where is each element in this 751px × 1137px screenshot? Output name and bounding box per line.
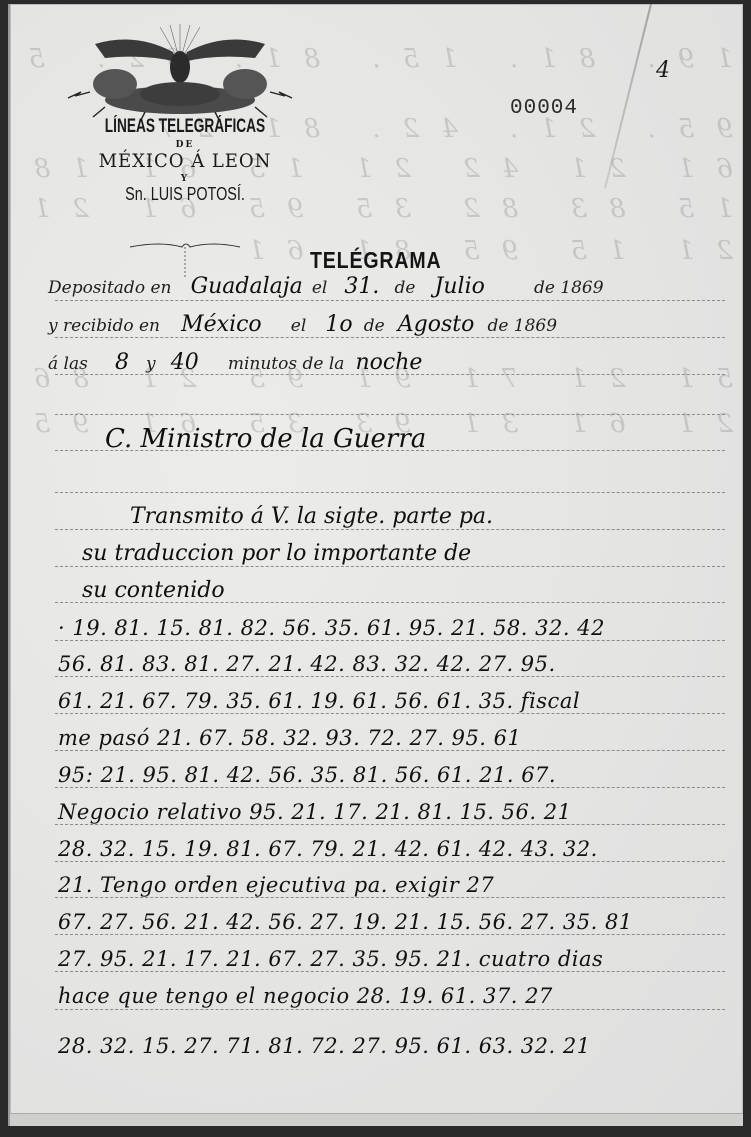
cipher-line: 28. 32. 15. 19. 81. 67. 79. 21. 42. 61. … [58, 837, 728, 861]
cipher-line: me pasó 21. 67. 58. 32. 93. 72. 27. 95. … [58, 726, 728, 750]
page-mark: 4 [656, 58, 670, 83]
label-received: y recibido en [48, 316, 160, 336]
cipher-line: 95: 21. 95. 81. 42. 56. 35. 81. 56. 61. … [58, 763, 728, 787]
receive-hour: 8 [115, 350, 129, 375]
document-title: TELÉGRAMA [310, 247, 441, 274]
ruled-line [55, 414, 725, 415]
label-minutes: minutos de la [228, 354, 345, 374]
letterhead: LÍNEAS TELEGRÁFICAS DE MÉXICO Á LEON Y S… [50, 116, 320, 205]
label-el: el [312, 278, 328, 298]
receive-month: Agosto [398, 312, 475, 337]
paper-crease [604, 4, 652, 189]
ruled-line [55, 566, 725, 567]
deposit-month: Julio [435, 274, 485, 299]
deposit-day: 31. [344, 274, 379, 299]
form-row-time: á las 8 y 40 minutos de la noche [48, 350, 422, 375]
letterhead-de: DE [50, 140, 320, 150]
form-row-deposited: Depositado en Guadalaja el 31. de Julio … [48, 274, 604, 299]
cipher-line: 56. 81. 83. 81. 27. 21. 42. 83. 32. 42. … [58, 652, 728, 676]
eagle-crest-icon [65, 22, 295, 122]
cipher-line: 61. 21. 67. 79. 35. 61. 19. 61. 56. 61. … [58, 689, 728, 713]
ruled-line [55, 934, 725, 935]
ruled-line [55, 492, 725, 493]
letterhead-y: Y [50, 174, 320, 184]
cipher-line: hace que tengo el negocio 28. 19. 61. 37… [58, 984, 728, 1008]
receive-period: noche [356, 350, 423, 375]
ruled-line [55, 824, 725, 825]
cipher-line: 67. 27. 56. 21. 42. 56. 27. 19. 21. 15. … [58, 910, 728, 934]
ruled-line [55, 750, 725, 751]
receive-minutes: 40 [171, 350, 199, 375]
ruled-line [55, 897, 725, 898]
intro-line: su traduccion por lo importante de [82, 541, 471, 566]
form-row-received: y recibido en México el 1o de Agosto de … [48, 312, 557, 337]
ruled-line [55, 337, 725, 338]
addressee: C. Ministro de la Guerra [105, 424, 426, 454]
label-de: de [395, 278, 416, 298]
label-de: de [364, 316, 385, 336]
cipher-line: 21. Tengo orden ejecutiva pa. exigir 27 [58, 873, 728, 897]
company-name: LÍNEAS TELEGRÁFICAS [88, 116, 282, 138]
paper-bottom-edge [10, 1113, 743, 1126]
ruled-line [55, 1009, 725, 1010]
label-at: á las [48, 354, 88, 374]
telegram-sheet: 19. 81. 15. 81. 82. 56 95. 21. 42. 81 27… [8, 4, 743, 1126]
receive-year: de 1869 [487, 316, 557, 336]
cipher-line: 27. 95. 21. 17. 21. 67. 27. 35. 95. 21. … [58, 947, 728, 971]
label-el: el [291, 316, 307, 336]
deposit-year: de 1869 [534, 278, 604, 298]
ruled-line [55, 640, 725, 641]
label-deposited: Depositado en [48, 278, 171, 298]
label-y: y [146, 354, 156, 374]
route-origin-destination: MÉXICO Á LEON [57, 150, 314, 172]
intro-line: su contenido [82, 578, 225, 603]
cipher-line: 28. 32. 15. 27. 71. 81. 72. 27. 95. 61. … [58, 1034, 728, 1058]
serial-number: 00004 [510, 97, 578, 120]
receive-day: 1o [325, 312, 352, 337]
ruled-line [55, 529, 725, 530]
deposit-place: Guadalaja [191, 274, 303, 299]
ruled-line [55, 713, 725, 714]
receive-place: México [181, 312, 262, 337]
ruled-line [55, 300, 725, 301]
ruled-line [55, 676, 725, 677]
ornamental-flourish-icon [120, 239, 250, 279]
intro-line: Transmito á V. la sigte. parte pa. [130, 504, 493, 529]
ruled-line [55, 971, 725, 972]
route-second-destination: Sn. LUIS POTOSÍ. [77, 184, 293, 205]
cipher-line: Negocio relativo 95. 21. 17. 21. 81. 15.… [58, 800, 728, 824]
cipher-line: · 19. 81. 15. 81. 82. 56. 35. 61. 95. 21… [58, 616, 728, 640]
ruled-line [55, 861, 725, 862]
ruled-line [55, 787, 725, 788]
